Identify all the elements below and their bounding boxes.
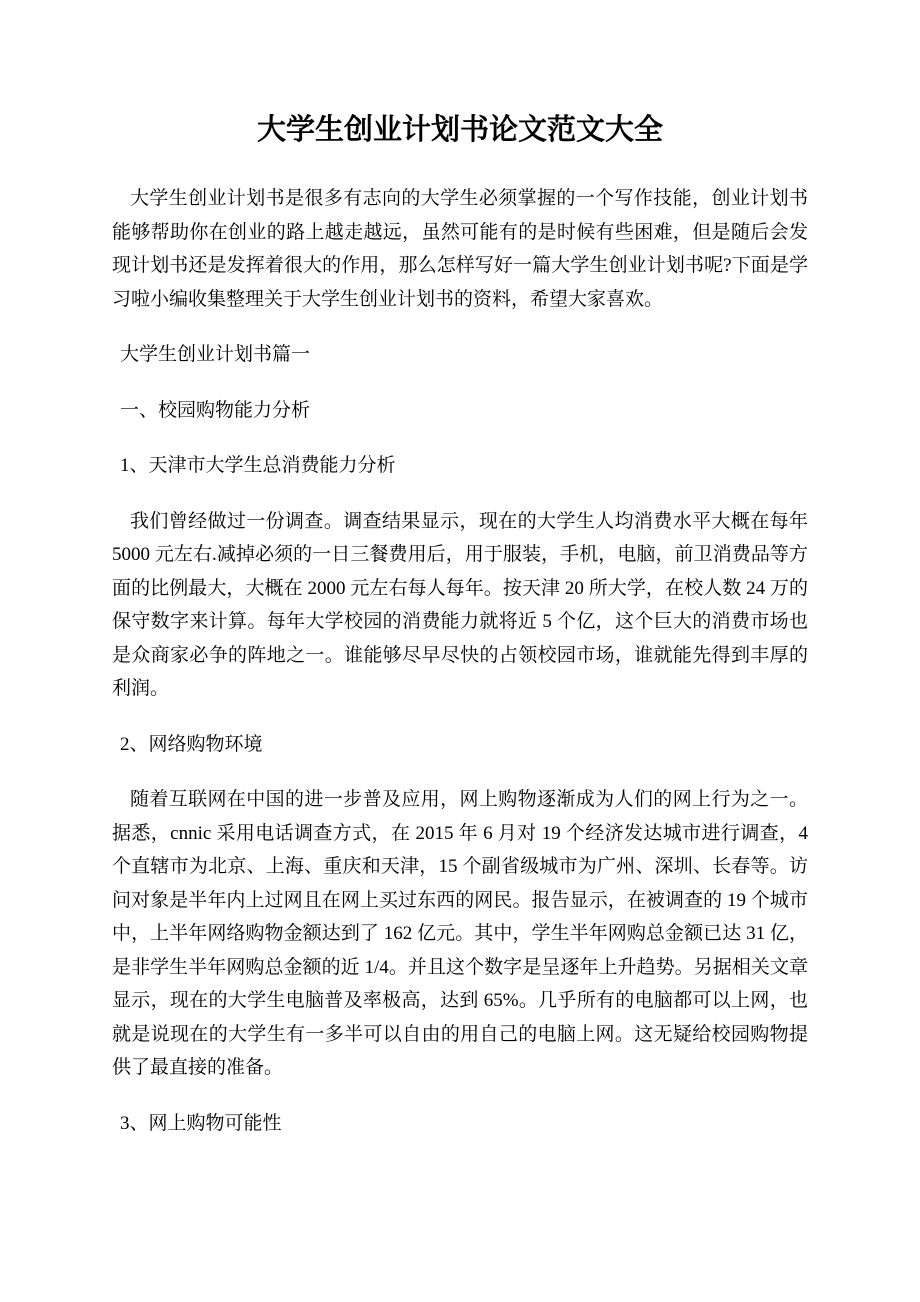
- section-heading-campus-shopping-analysis: 一、校园购物能力分析: [112, 394, 808, 428]
- subsection-heading-tianjin-consumption-analysis: 1、天津市大学生总消费能力分析: [112, 449, 808, 483]
- subsection-heading-online-shopping-possibility: 3、网上购物可能性: [112, 1107, 808, 1141]
- online-shopping-environment-paragraph: 随着互联网在中国的进一步普及应用，网上购物逐渐成为人们的网上行为之一。据悉，cn…: [112, 783, 808, 1085]
- consumption-survey-paragraph: 我们曾经做过一份调查。调查结果显示，现在的大学生人均消费水平大概在每年 5000…: [112, 505, 808, 706]
- intro-paragraph: 大学生创业计划书是很多有志向的大学生必须掌握的一个写作技能，创业计划书能够帮助你…: [112, 182, 808, 316]
- document-page: 大学生创业计划书论文范文大全 大学生创业计划书是很多有志向的大学生必须掌握的一个…: [0, 0, 920, 1302]
- subsection-heading-online-shopping-environment: 2、网络购物环境: [112, 728, 808, 762]
- document-title: 大学生创业计划书论文范文大全: [112, 112, 808, 148]
- part-one-heading: 大学生创业计划书篇一: [112, 338, 808, 372]
